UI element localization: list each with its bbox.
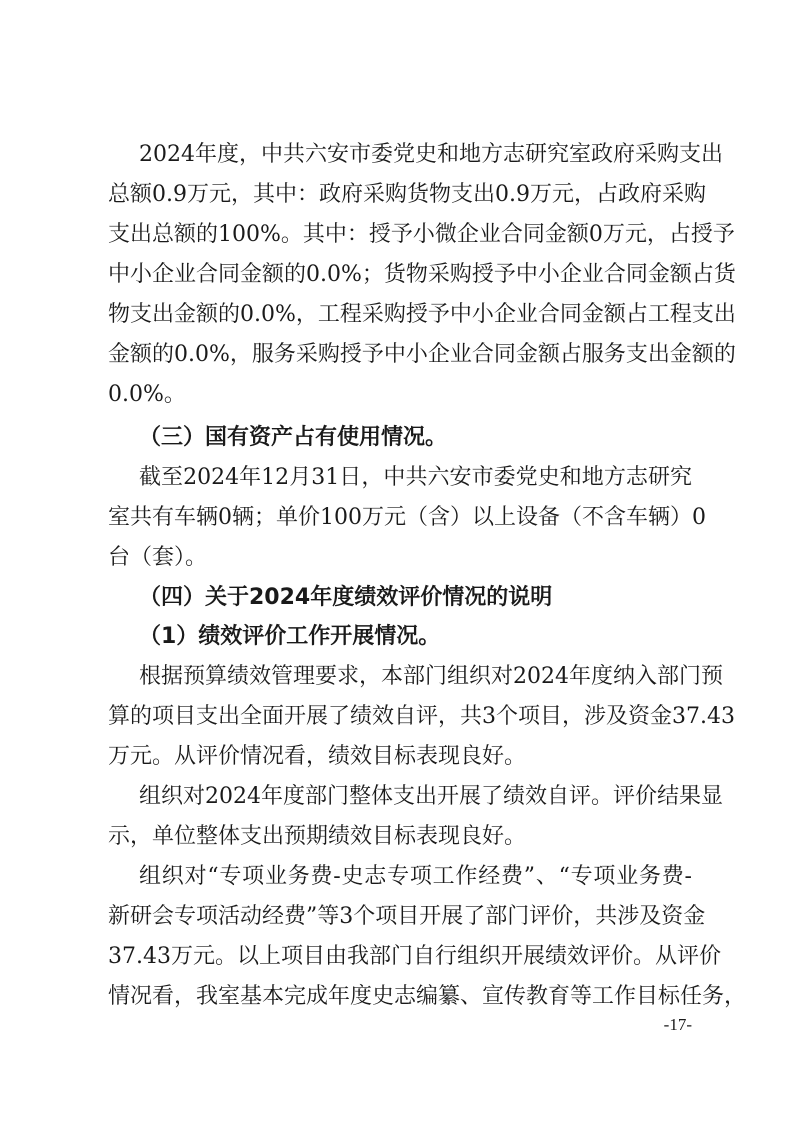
paragraph-self-eval-line-2: 算的项目支出全面开展了绩效自评，共3个项目，涉及资金37.43 (108, 697, 692, 737)
paragraph-procurement-line-3: 支出总额的100%。其中：授予小微企业合同金额0万元，占授予 (108, 215, 692, 255)
paragraph-dept-eval-line-4: 情况看，我室基本完成年度史志编纂、宣传教育等工作目标任务， (108, 977, 692, 1017)
document-page: 2024年度，中共六安市委党史和地方志研究室政府采购支出 总额0.9万元，其中：… (0, 0, 793, 1122)
paragraph-dept-eval-line-1: 组织对“专项业务费-史志专项工作经费”、“专项业务费- (139, 857, 692, 897)
paragraph-assets-line-3: 台（套）。 (108, 538, 692, 578)
paragraph-dept-eval-line-2: 新研会专项活动经费”等3个项目开展了部门评价，共涉及资金 (108, 897, 692, 937)
paragraph-self-eval-line-3: 万元。从评价情况看，绩效目标表现良好。 (108, 737, 692, 777)
page-number: -17- (640, 1010, 692, 1040)
heading-state-assets: （三）国有资产占有使用情况。 (139, 418, 692, 458)
paragraph-overall-line-1: 组织对2024年度部门整体支出开展了绩效自评。评价结果显 (139, 777, 692, 817)
paragraph-procurement-line-6: 金额的0.0%，服务采购授予中小企业合同金额占服务支出金额的 (108, 335, 692, 375)
paragraph-assets-line-2: 室共有车辆0辆；单价100万元（含）以上设备（不含车辆）0 (108, 498, 692, 538)
paragraph-overall-line-2: 示，单位整体支出预期绩效目标表现良好。 (108, 817, 692, 857)
subheading-evaluation-work: （1）绩效评价工作开展情况。 (139, 617, 692, 657)
paragraph-procurement-line-1: 2024年度，中共六安市委党史和地方志研究室政府采购支出 (139, 135, 692, 175)
paragraph-procurement-line-4: 中小企业合同金额的0.0%；货物采购授予中小企业合同金额占货 (108, 255, 692, 295)
paragraph-dept-eval-line-3: 37.43万元。以上项目由我部门自行组织开展绩效评价。从评价 (108, 937, 692, 977)
paragraph-procurement-line-2: 总额0.9万元，其中：政府采购货物支出0.9万元，占政府采购 (108, 175, 692, 215)
paragraph-self-eval-line-1: 根据预算绩效管理要求，本部门组织对2024年度纳入部门预 (139, 657, 692, 697)
paragraph-assets-line-1: 截至2024年12月31日，中共六安市委党史和地方志研究 (139, 458, 692, 498)
heading-performance-evaluation: （四）关于2024年度绩效评价情况的说明 (139, 578, 692, 618)
paragraph-procurement-line-7: 0.0%。 (108, 375, 692, 415)
paragraph-procurement-line-5: 物支出金额的0.0%，工程采购授予中小企业合同金额占工程支出 (108, 295, 692, 335)
